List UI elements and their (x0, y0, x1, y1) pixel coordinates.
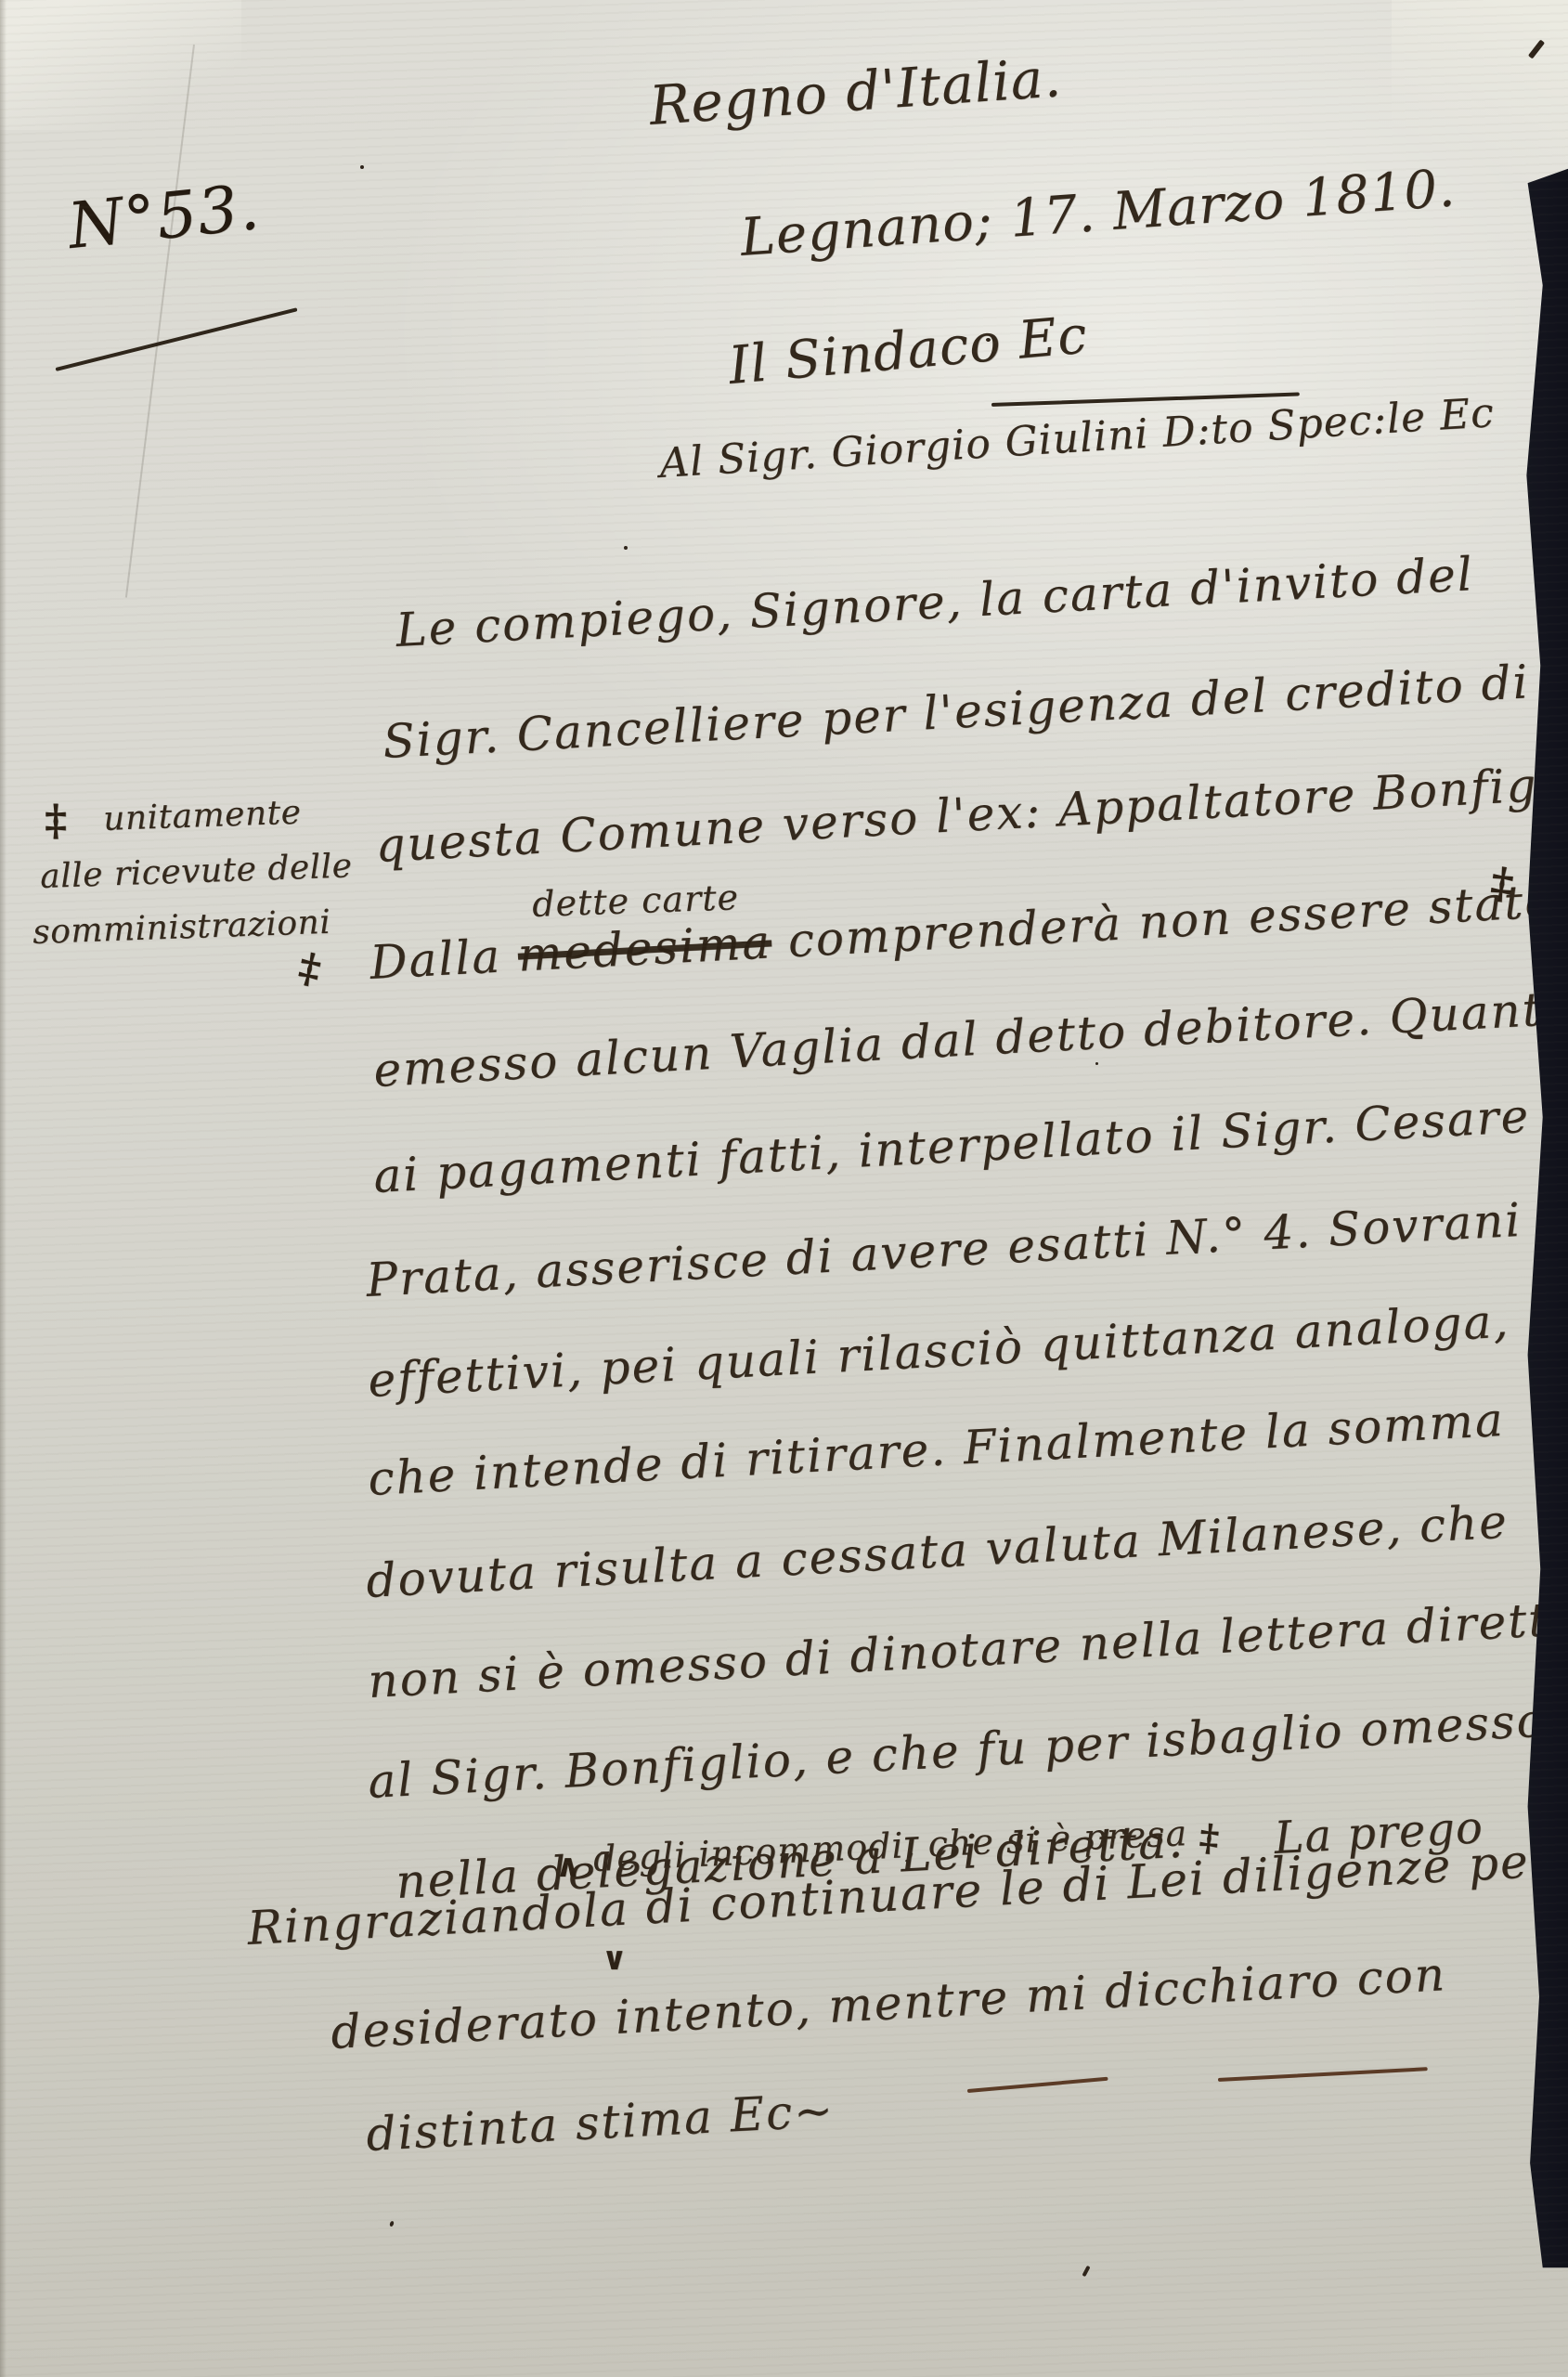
insertion-caret: ∧ (555, 1848, 582, 1885)
margin-reference-mark-bottom: ‡ (294, 943, 326, 994)
body-line-4-prefix: Dalla (369, 929, 519, 990)
margin-note-line2: alle ricevute delle (40, 847, 354, 896)
body-line-11: non si è omesso di dinotare nella letter… (367, 1591, 1568, 1708)
body-line-2: Sigr. Cancelliere per l'esigenza del cre… (382, 655, 1531, 769)
body-line-4-strikethrough: medesima (516, 915, 772, 981)
header-kingdom: Regno d'Italia. (647, 45, 1063, 137)
margin-note-line3: somministrazioni (32, 903, 331, 952)
closing-dash-1 (967, 2077, 1108, 2093)
body-line-9: che intende di ritirare. Finalmente la s… (367, 1393, 1506, 1506)
registry-number: N°53. (65, 171, 264, 264)
ink-speck (624, 546, 628, 550)
header-recipient: Al Sigr. Giorgio Giulini D:to Spec:le Ec (658, 389, 1496, 487)
manuscript-page: N°53. Regno d'Italia. Legnano; 17. Marzo… (0, 0, 1568, 2377)
page-left-edge-shadow (0, 0, 6, 2377)
body-line-4-suffix: comprenderà non essere stato (770, 874, 1555, 968)
margin-note-line1: unitamente (103, 794, 303, 838)
header-sender: Il Sindaco Ec (726, 305, 1090, 396)
header-place-date: Legnano; 17. Marzo 1810. (738, 158, 1457, 268)
margin-reference-mark-top: ‡ (45, 795, 68, 845)
ink-speck (986, 338, 991, 342)
body-line-1: Le compiego, Signore, la carta d'invito … (395, 547, 1475, 657)
body-line-7: Prata, asserisce di avere esatti N.° 4. … (365, 1193, 1523, 1307)
ink-speck (1528, 39, 1545, 58)
body-line-15: desiderato intento, mentre mi dicchiaro … (330, 1947, 1447, 2059)
body-line-3: questa Comune verso l'ex: Appaltatore Bo… (374, 755, 1568, 873)
ink-speck (1095, 1062, 1098, 1065)
ink-speck (1082, 2266, 1090, 2277)
body-line-5: emesso alcun Vaglia dal detto debitore. … (372, 981, 1568, 1098)
body-line-12: al Sigr. Bonfiglio, e che fu per isbagli… (367, 1694, 1548, 1809)
fold-crease (125, 45, 195, 598)
closing-dash-2 (1218, 2067, 1428, 2082)
line14-caret: ∨ (602, 1941, 628, 1978)
torn-corner-top-left (0, 0, 241, 130)
body-line-10: dovuta risulta a cessata valuta Milanese… (365, 1495, 1510, 1608)
ink-speck (389, 2220, 395, 2227)
body-line-8: effettivi, pei quali rilasciò quittanza … (367, 1294, 1511, 1408)
page-right-torn-edge (1510, 0, 1568, 2377)
body-line-16: distinta stima Ec~ (365, 2084, 836, 2162)
body-line-6: ai pagamenti fatti, interpellato il Sigr… (372, 1089, 1531, 1203)
registry-underline (56, 307, 298, 371)
ink-speck (360, 165, 364, 169)
